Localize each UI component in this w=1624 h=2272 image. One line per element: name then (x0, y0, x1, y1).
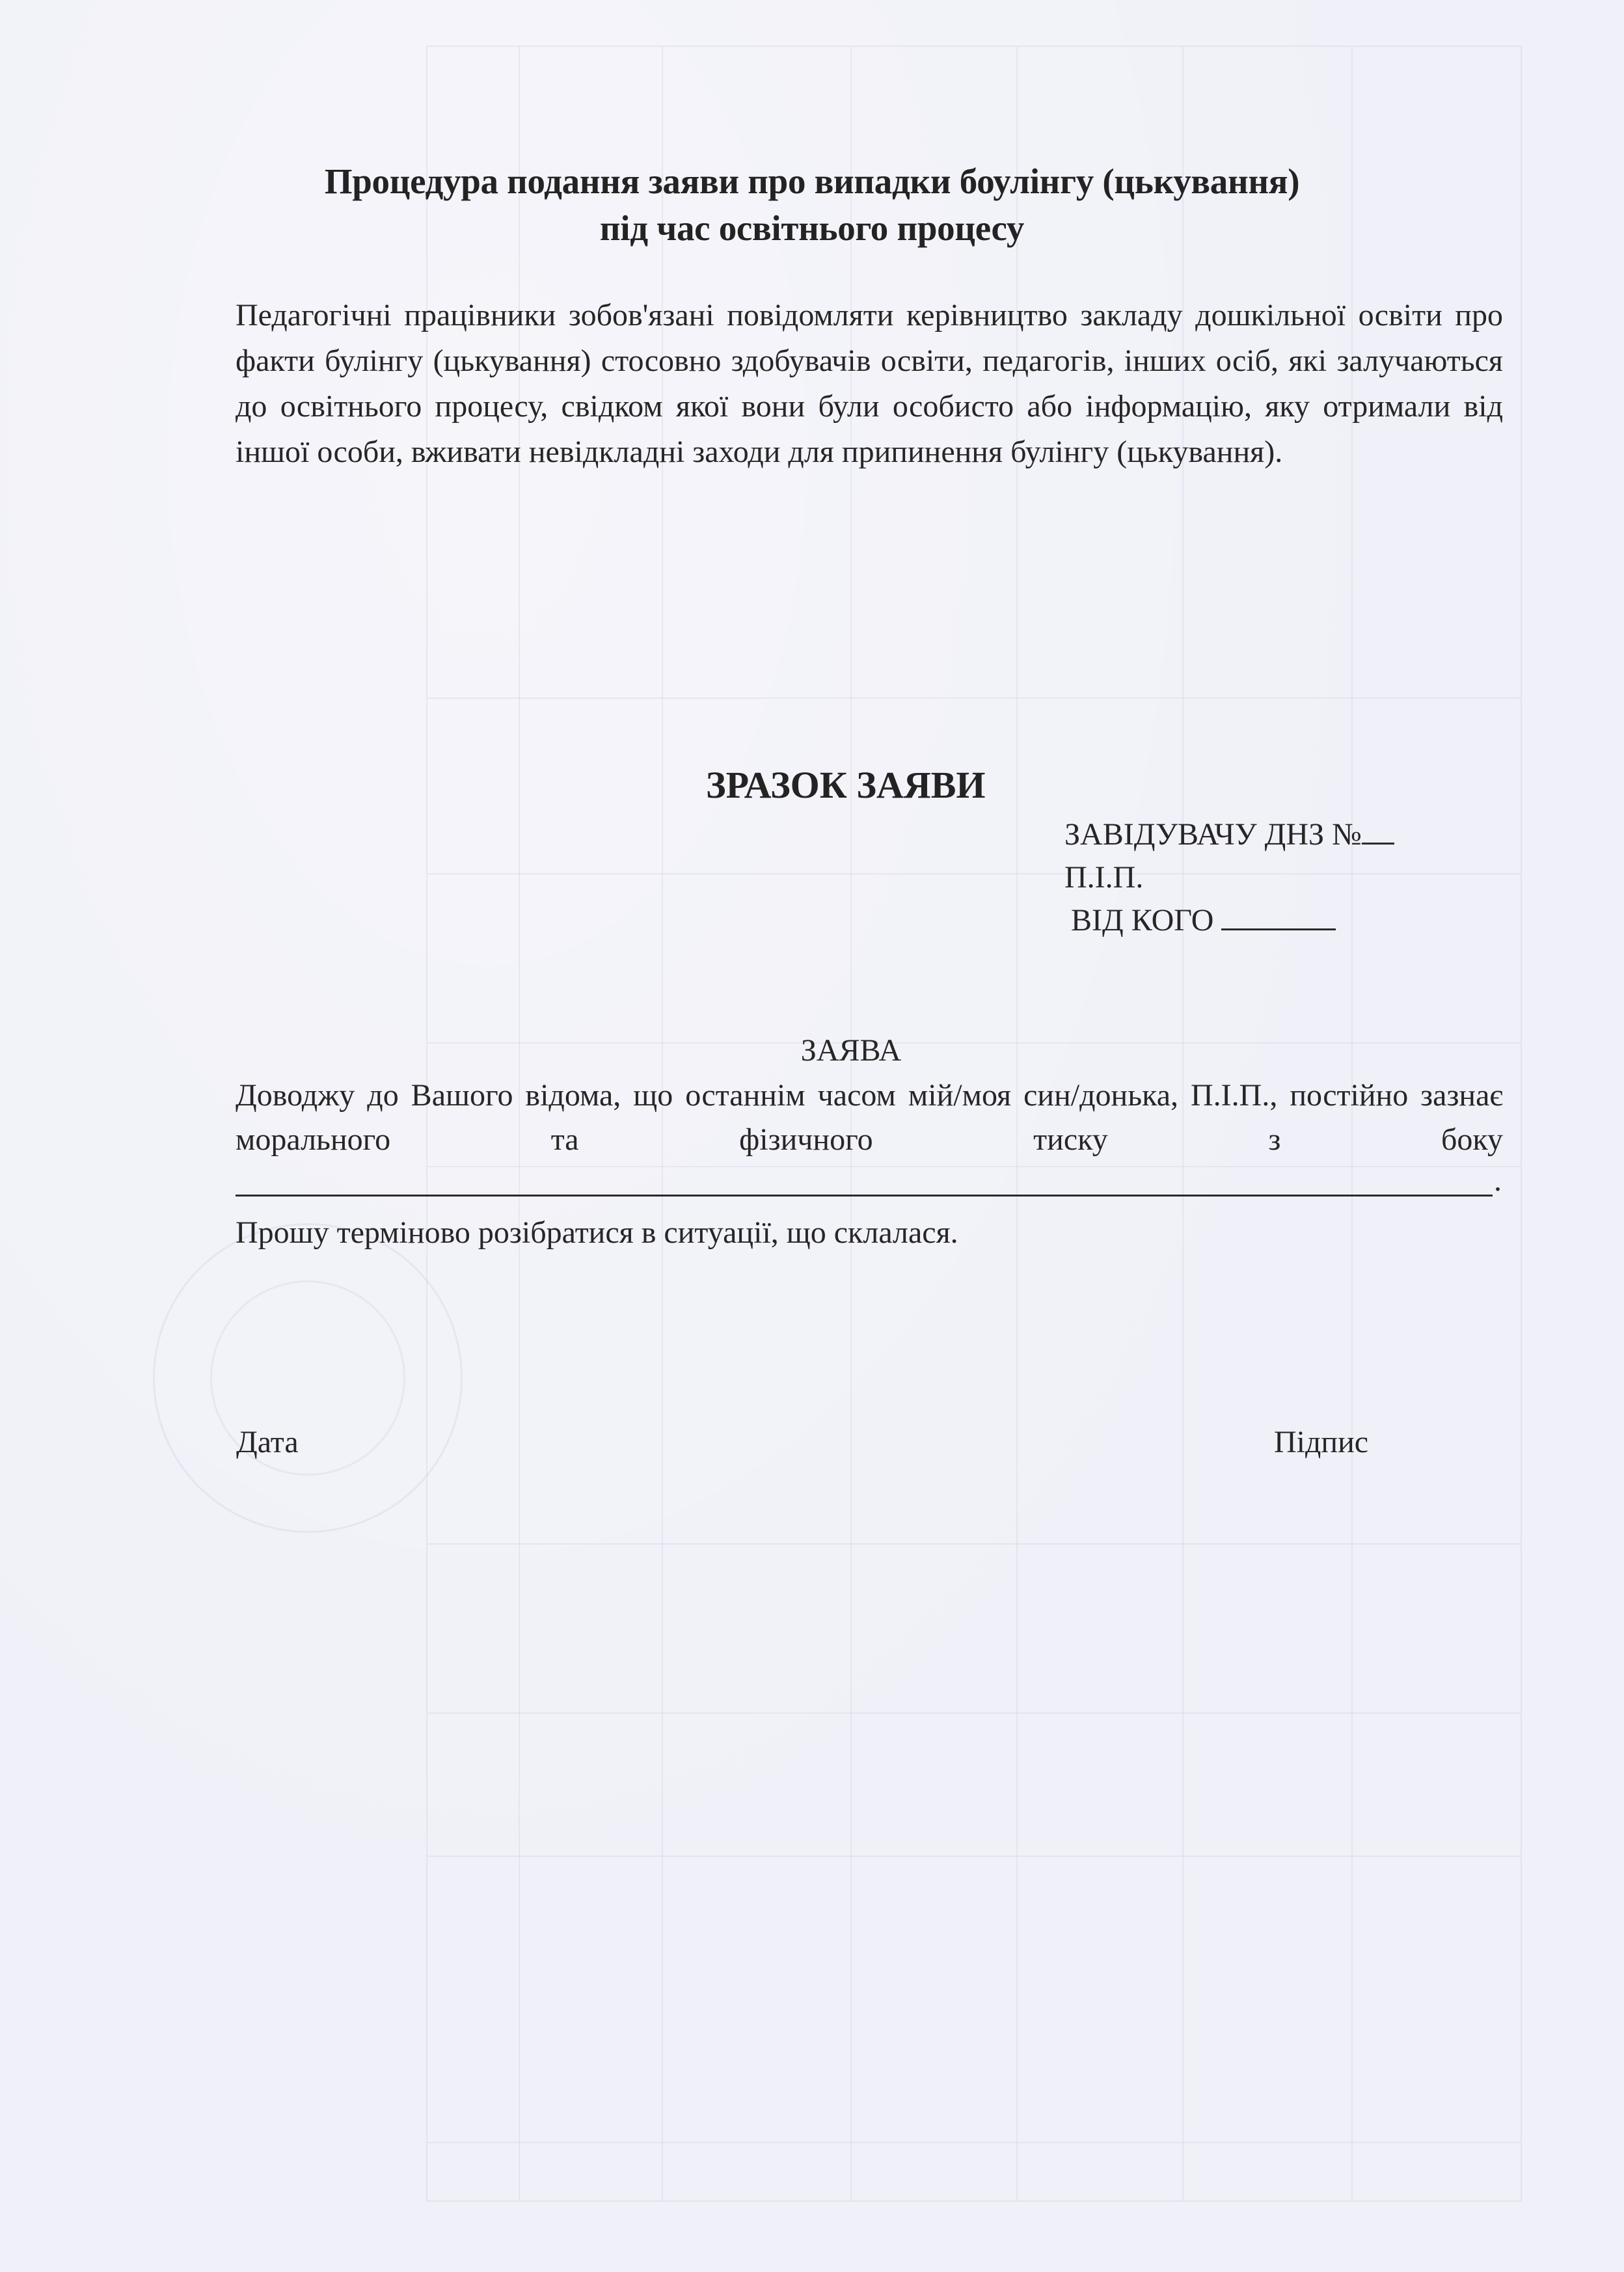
addressee-to: ЗАВІДУВАЧУ ДНЗ № (1064, 813, 1394, 856)
from-blank (1221, 900, 1336, 930)
application-request: Прошу терміново розібратися в ситуації, … (236, 1210, 958, 1256)
fill-line-period: . (1494, 1165, 1502, 1197)
signature-label: Підпис (1274, 1420, 1368, 1465)
application-body: Доводжу до Вашого відома, що останнім ча… (236, 1074, 1503, 1206)
fill-in-line (236, 1195, 1493, 1197)
addressee-from: ВІД КОГО (1064, 899, 1394, 942)
scanned-page: Процедура подання заяви про випадки боул… (0, 0, 1624, 2272)
document-title: Процедура подання заяви про випадки боул… (0, 158, 1624, 252)
title-line-2: під час освітнього процесу (0, 205, 1624, 252)
title-line-1: Процедура подання заяви про випадки боул… (0, 158, 1624, 205)
stamp-bleed-through (153, 1223, 463, 1533)
addressee-block: ЗАВІДУВАЧУ ДНЗ № П.І.П. ВІД КОГО (1064, 813, 1394, 942)
date-label: Дата (236, 1420, 299, 1465)
addressee-name: П.І.П. (1064, 856, 1394, 899)
application-heading: ЗАЯВА (0, 1028, 1624, 1074)
number-blank (1362, 815, 1394, 845)
intro-paragraph: Педагогічні працівники зобов'язані повід… (236, 293, 1503, 475)
sample-heading: ЗРАЗОК ЗАЯВИ (706, 763, 986, 808)
